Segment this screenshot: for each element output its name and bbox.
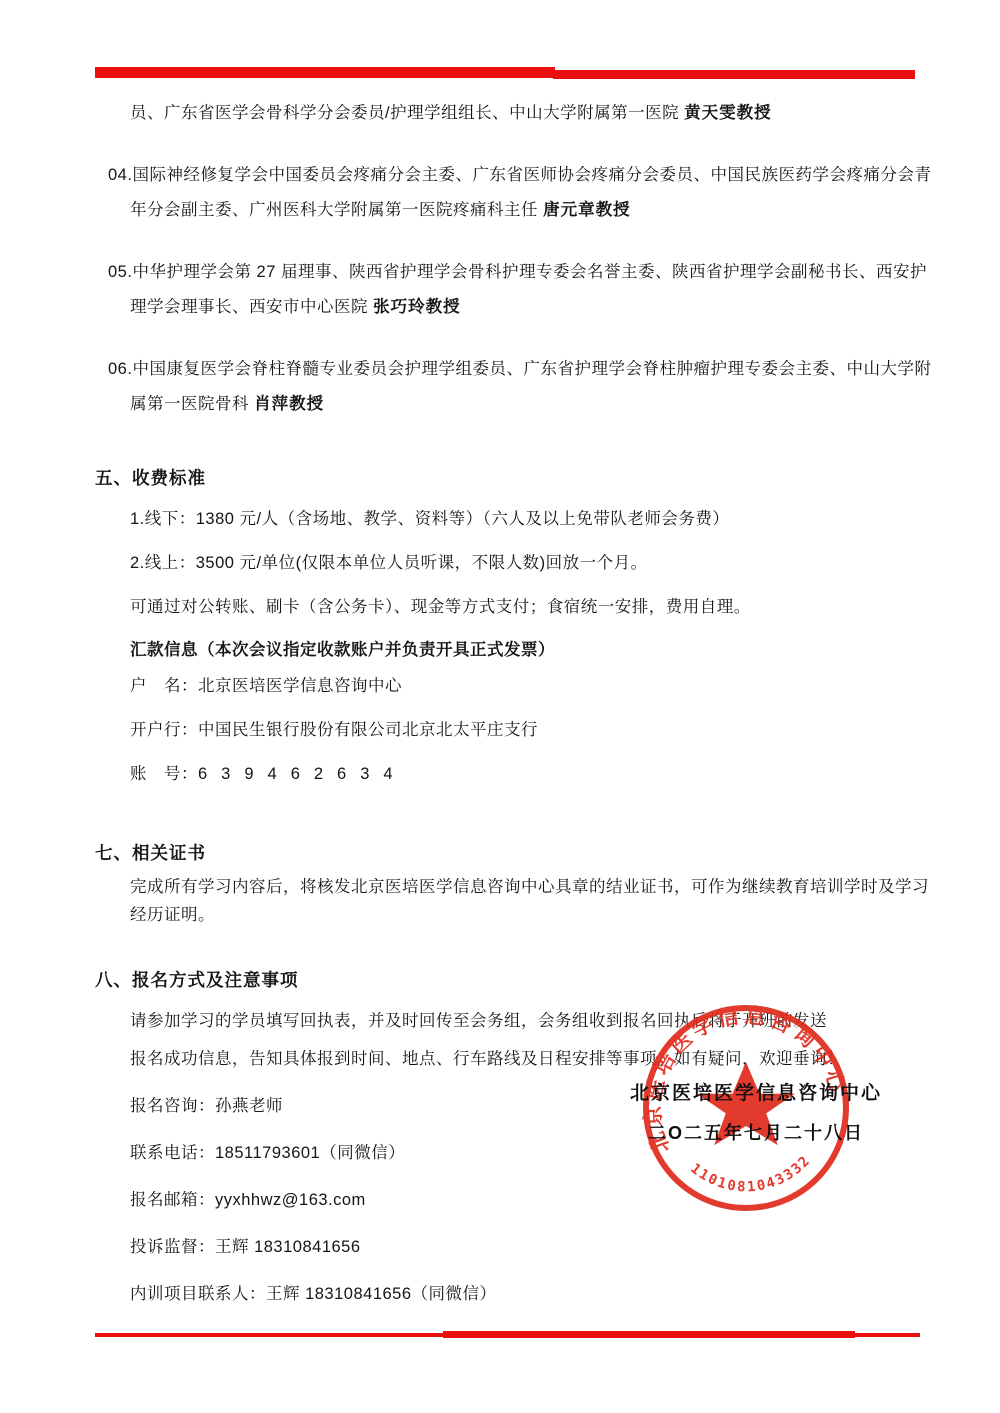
document-page: 员、广东省医学会骨科学分会委员/护理学组组长、中山大学附属第一医院 黄天雯教授 …	[0, 0, 1000, 1413]
expert-item-05: 05.中华护理学会第 27 届理事、陕西省护理学会骨科护理专委会名誉主委、陕西省…	[108, 255, 940, 325]
expert-item-03-continuation: 员、广东省医学会骨科学分会委员/护理学组组长、中山大学附属第一医院 黄天雯教授	[108, 96, 940, 131]
section-heading-certificate: 七、相关证书	[95, 840, 1000, 865]
remittance-heading: 汇款信息（本次会议指定收款账户并负责开具正式发票）	[130, 636, 940, 660]
bank-label: 开户行：	[130, 721, 198, 739]
fee-offline-line: 1.线下：1380 元/人（含场地、教学、资料等）（六人及以上免带队老师会务费）	[130, 504, 940, 534]
expert-item-06: 06.中国康复医学会脊柱脊髓专业委员会护理学组委员、广东省护理学会脊柱肿瘤护理专…	[108, 352, 940, 422]
fee-online-line: 2.线上：3500 元/单位(仅限本单位人员听课，不限人数)回放一个月。	[130, 548, 940, 578]
account-name-line: 户 名：北京医培医学信息咨询中心	[130, 672, 940, 696]
contact-supervision: 投诉监督：王辉 18310841656	[130, 1233, 940, 1257]
section-heading-fees: 五、收费标准	[95, 465, 1000, 490]
contact-internal-training: 内训项目联系人：王辉 18310841656（同微信）	[130, 1280, 940, 1304]
expert-text: 国际神经修复学会中国委员会疼痛分会主委、广东省医师协会疼痛分会委员、中国民族医药…	[130, 166, 931, 219]
account-number-value: 639462634	[198, 765, 407, 783]
account-number-label: 账 号：	[130, 765, 198, 783]
official-seal: 北京医培医学信息咨询中心 11010810433320	[628, 998, 928, 1223]
account-name-label: 户 名：	[130, 677, 198, 695]
expert-number: 05.	[108, 263, 132, 281]
expert-text: 中国康复医学会脊柱脊髓专业委员会护理学组委员、广东省护理学会脊柱肿瘤护理专委会主…	[130, 360, 931, 413]
bank-value: 中国民生银行股份有限公司北京北太平庄支行	[198, 721, 538, 739]
expert-text: 中华护理学会第 27 届理事、陕西省护理学会骨科护理专委会名誉主委、陕西省护理学…	[130, 263, 927, 316]
bottom-red-rule-right	[853, 1333, 920, 1337]
expert-name: 唐元章教授	[543, 201, 631, 219]
expert-number: 06.	[108, 360, 132, 378]
fee-payment-line: 可通过对公转账、刷卡（含公务卡）、现金等方式支付；食宿统一安排，费用自理。	[130, 592, 940, 622]
expert-text: 员、广东省医学会骨科学分会委员/护理学组组长、中山大学附属第一医院	[130, 104, 684, 122]
signature-date: 二O二五年七月二十八日	[648, 1119, 864, 1145]
seal-graphic: 北京医培医学信息咨询中心 11010810433320	[628, 998, 868, 1223]
section-heading-signup: 八、报名方式及注意事项	[95, 967, 1000, 992]
certificate-body: 完成所有学习内容后，将核发北京医培医学信息咨询中心具章的结业证书，可作为继续教育…	[130, 873, 930, 929]
bottom-red-rule-mid	[443, 1331, 855, 1338]
expert-name: 黄天雯教授	[684, 104, 772, 122]
expert-item-04: 04.国际神经修复学会中国委员会疼痛分会主委、广东省医师协会疼痛分会委员、中国民…	[108, 158, 940, 228]
bottom-red-rule-left	[95, 1333, 445, 1337]
expert-name: 肖萍教授	[254, 395, 324, 413]
top-red-rule-right	[553, 70, 915, 79]
account-number-line: 账 号：639462634	[130, 760, 940, 784]
expert-name: 张巧玲教授	[373, 298, 461, 316]
account-name-value: 北京医培医学信息咨询中心	[198, 677, 402, 695]
expert-number: 04.	[108, 166, 132, 184]
signature-organization: 北京医培医学信息咨询中心	[630, 1078, 882, 1105]
bank-line: 开户行：中国民生银行股份有限公司北京北太平庄支行	[130, 716, 940, 740]
top-red-rule-left	[95, 67, 555, 78]
